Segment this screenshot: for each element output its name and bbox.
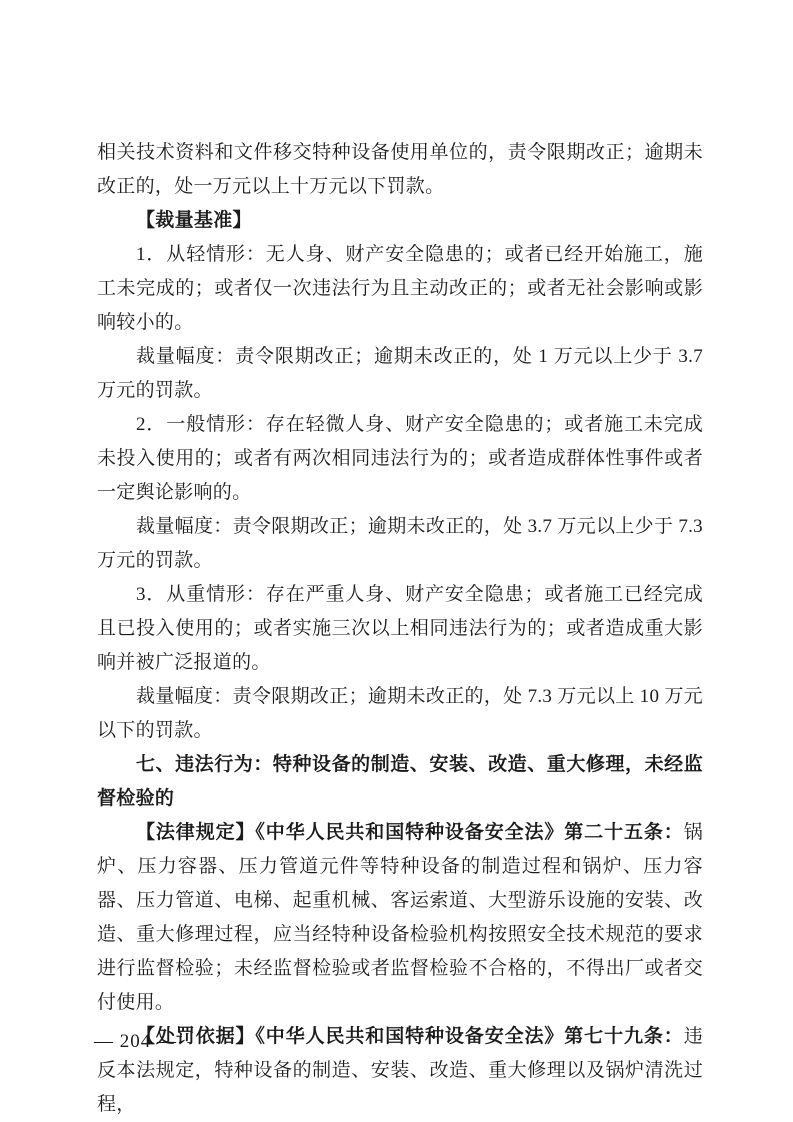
paragraph-text: 裁量幅度：责令限期改正；逾期未改正的，处 7.3 万元以上 10 万元以下的罚款…: [97, 686, 703, 741]
heading-violation-seven: 七、违法行为：特种设备的制造、安装、改造、重大修理，未经监督检验的: [97, 748, 703, 816]
paragraph-general-case: 2．一般情形：存在轻微人身、财产安全隐患的；或者施工未完成未投入使用的；或者有两…: [97, 408, 703, 510]
paragraph-severe-case: 3．从重情形：存在严重人身、财产安全隐患；或者施工已经完成且已投入使用的；或者实…: [97, 578, 703, 680]
paragraph-general-range: 裁量幅度：责令限期改正；逾期未改正的，处 3.7 万元以上少于 7.3 万元的罚…: [97, 510, 703, 578]
paragraph-text: 裁量幅度：责令限期改正；逾期未改正的，处 1 万元以上少于 3.7 万元的罚款。: [97, 346, 703, 401]
paragraph-text: 2．一般情形：存在轻微人身、财产安全隐患的；或者施工未完成未投入使用的；或者有两…: [97, 414, 703, 503]
paragraph-text: 相关技术资料和文件移交特种设备使用单位的，责令限期改正；逾期未改正的，处一万元以…: [97, 142, 703, 197]
paragraph-lenient-range: 裁量幅度：责令限期改正；逾期未改正的，处 1 万元以上少于 3.7 万元的罚款。: [97, 340, 703, 408]
page-number: — 204 —: [94, 1031, 177, 1053]
paragraph-text: 1．从轻情形：无人身、财产安全隐患的；或者已经开始施工，施工未完成的；或者仅一次…: [97, 244, 703, 333]
paragraph-text: 锅炉、压力容器、压力管道元件等特种设备的制造过程和锅炉、压力容器、压力管道、电梯…: [97, 822, 703, 1013]
paragraph-lenient-case: 1．从轻情形：无人身、财产安全隐患的；或者已经开始施工，施工未完成的；或者仅一次…: [97, 238, 703, 340]
paragraph-text: 裁量幅度：责令限期改正；逾期未改正的，处 3.7 万元以上少于 7.3 万元的罚…: [97, 516, 703, 571]
document-body: 相关技术资料和文件移交特种设备使用单位的，责令限期改正；逾期未改正的，处一万元以…: [97, 136, 703, 1122]
heading-bold-segment: 【裁量基准】: [136, 210, 252, 231]
paragraph-continuation: 相关技术资料和文件移交特种设备使用单位的，责令限期改正；逾期未改正的，处一万元以…: [97, 136, 703, 204]
paragraph-bold-segment: 【法律规定】《中华人民共和国特种设备安全法》第二十五条：: [136, 822, 684, 843]
heading-discretion-basis: 【裁量基准】: [97, 204, 703, 238]
paragraph-text: 3．从重情形：存在严重人身、财产安全隐患；或者施工已经完成且已投入使用的；或者实…: [97, 584, 703, 673]
heading-bold-segment: 七、违法行为：特种设备的制造、安装、改造、重大修理，未经监督检验的: [97, 754, 703, 809]
document-page: 相关技术资料和文件移交特种设备使用单位的，责令限期改正；逾期未改正的，处一万元以…: [0, 0, 793, 1122]
paragraph-bold-segment: 【处罚依据】《中华人民共和国特种设备安全法》第七十九条：: [136, 1026, 684, 1047]
paragraph-severe-range: 裁量幅度：责令限期改正；逾期未改正的，处 7.3 万元以上 10 万元以下的罚款…: [97, 680, 703, 748]
paragraph-penalty-basis: 【处罚依据】《中华人民共和国特种设备安全法》第七十九条：违反本法规定，特种设备的…: [97, 1020, 703, 1122]
paragraph-legal-provision: 【法律规定】《中华人民共和国特种设备安全法》第二十五条：锅炉、压力容器、压力管道…: [97, 816, 703, 1020]
